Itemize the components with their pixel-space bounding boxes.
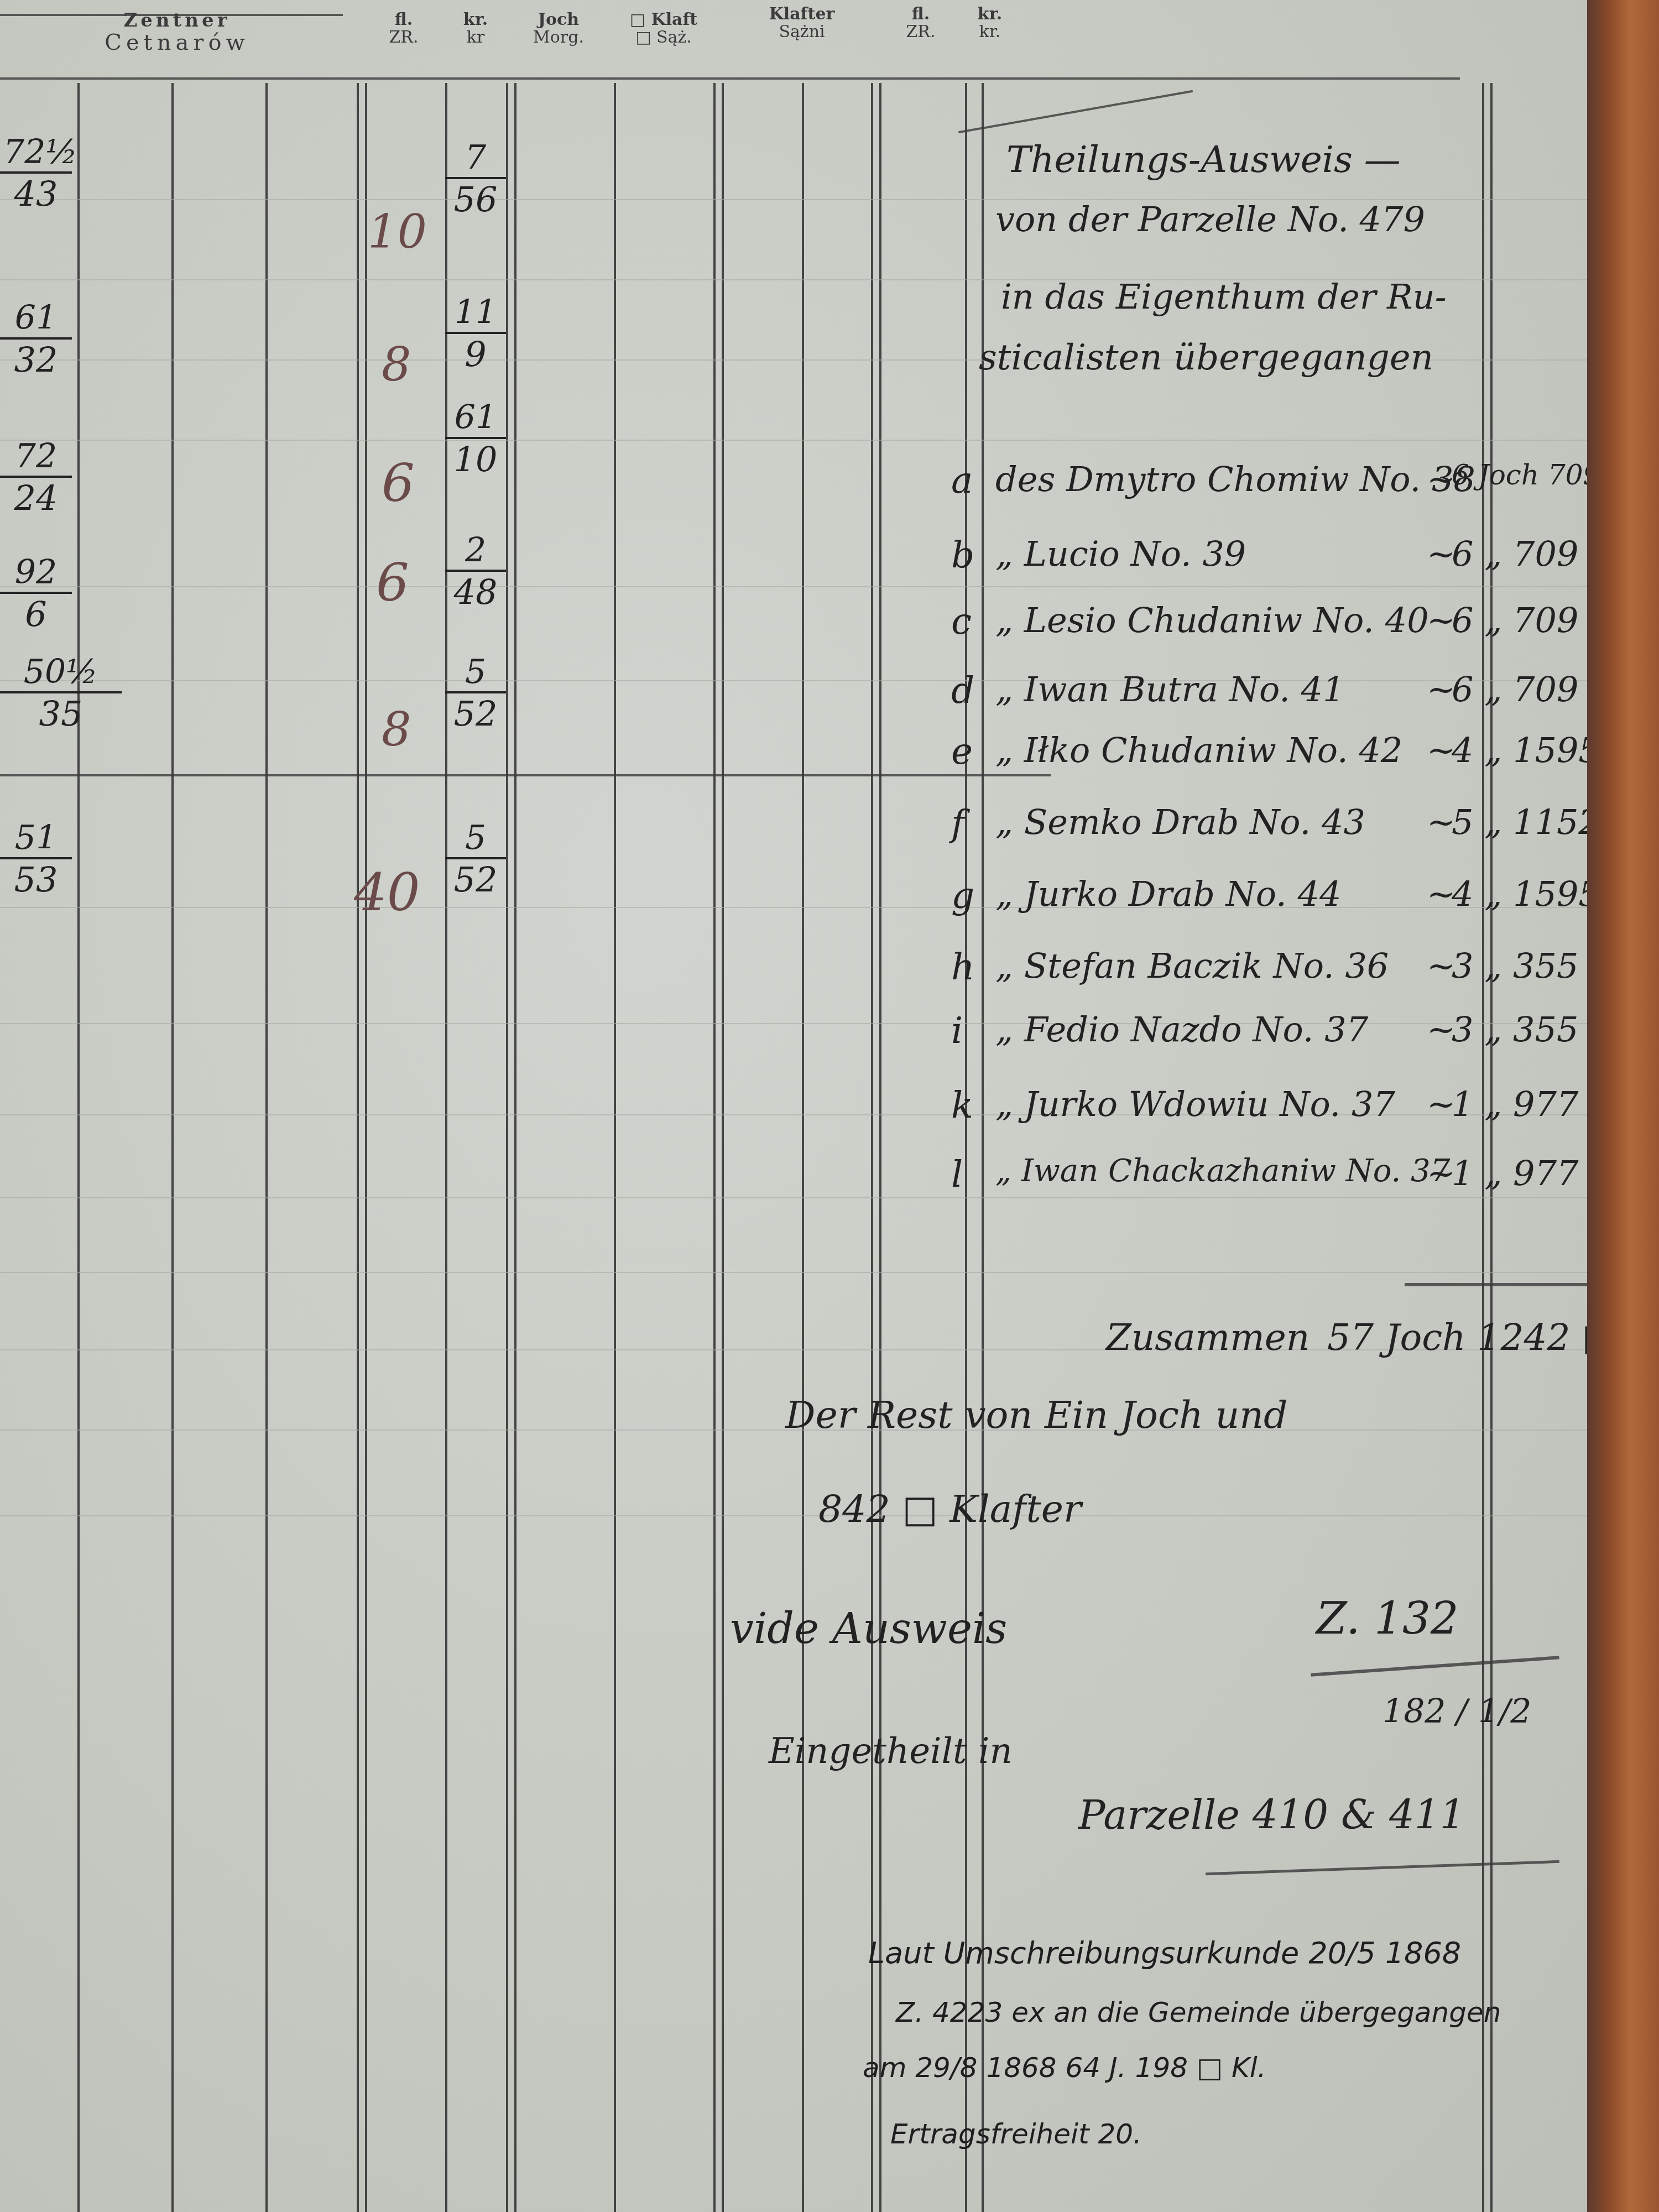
list-item: c „ Lesio Chudaniw No. 40 ~ 6 „ 709 „ [951, 594, 1593, 655]
entry-amount: 6 „ 709 „ [1452, 600, 1607, 640]
column-rule [171, 83, 174, 2212]
left-value-1: 72½ 43 [0, 133, 72, 214]
sum-underline [1405, 1283, 1593, 1286]
column-rule [265, 83, 268, 2212]
fl-value-2: 8 [382, 337, 411, 392]
column-rule [879, 83, 881, 2212]
entry-letter: i [951, 1009, 963, 1052]
left-value-2: 61 32 [0, 299, 72, 380]
heading-flourish [958, 90, 1193, 134]
list-item: e „ Iłko Chudaniw No. 42 ~ 4 „ 1595 „ [951, 724, 1593, 785]
entry-name: „ Stefan Baczik No. 36 [995, 946, 1389, 986]
entry-name: „ Iwan Chackazhaniw No. 37 [995, 1153, 1450, 1189]
entry-letter: h [951, 946, 975, 988]
kr-value-3: 61 10 [445, 398, 506, 479]
section-rule [0, 774, 1051, 776]
entry-letter: f [951, 802, 964, 844]
entry-name: „ Iwan Butra No. 41 [995, 669, 1345, 709]
entry-amount: 1 „ 977 „ [1452, 1084, 1607, 1124]
column-rule [77, 83, 80, 2212]
note-line-4: Ertragsfreiheit 20. [890, 2118, 1142, 2150]
column-rule [365, 83, 367, 2212]
entry-name: „ Iłko Chudaniw No. 42 [995, 730, 1402, 770]
wooden-table-background [1587, 0, 1659, 2212]
column-rule [871, 83, 873, 2212]
header-joch: Joch Morg. [512, 11, 606, 46]
ref-label: vide Ausweis [730, 1604, 1007, 1653]
header-kr-2: kr. kr. [962, 6, 1018, 40]
header-kr: kr. kr [448, 11, 503, 46]
fl-value-3: 6 [382, 453, 415, 514]
ledger-page: Zentner Cetnarów fl. ZR. kr. kr Joch Mor… [0, 0, 1606, 2212]
note-line-3: am 29/8 1868 64 J. 198 □ Kl. [863, 2052, 1266, 2084]
left-value-6: 51 53 [0, 818, 72, 900]
entry-amount: 6 „ 709 „ [1452, 669, 1607, 709]
entry-amount: 3 „ 355 „ [1452, 1009, 1607, 1050]
ruled-line [0, 1515, 1593, 1516]
header-fl-zr-2: fl. ZR. [885, 6, 957, 40]
header-klafter: Klafter Sążni [724, 6, 879, 40]
column-rule [506, 83, 508, 2212]
entry-letter: g [951, 874, 974, 916]
header-bottom-rule [0, 77, 1460, 80]
ruled-line [0, 440, 1593, 441]
kr-value-1: 7 56 [445, 138, 506, 220]
sum-label: Zusammen [1106, 1316, 1310, 1359]
entry-letter: d [951, 669, 974, 712]
fl-value-1: 10 [368, 205, 427, 259]
column-rule [802, 83, 804, 2212]
column-rule [357, 83, 359, 2212]
list-item: f „ Semko Drab No. 43 ~ 5 „ 1152 „ [951, 796, 1593, 857]
kr-value-2: 11 9 [445, 293, 506, 374]
ruled-line [0, 1272, 1593, 1273]
column-rule [614, 83, 616, 2212]
note-line-1: Laut Umschreibungsurkunde 20/5 1868 [868, 1936, 1461, 1970]
list-item: i „ Fedio Nazdo No. 37 ~ 3 „ 355 „ [951, 1004, 1593, 1065]
list-item: a des Dmytro Chomiw No. 38 ~ 6 Joch 709 … [951, 453, 1593, 514]
fl-value-5: 8 [382, 702, 411, 757]
parcel-underline [1206, 1860, 1559, 1875]
entry-letter: e [951, 730, 973, 773]
remarks-heading-3: in das Eigenthum der Ru- [1001, 276, 1447, 317]
entry-amount: 6 „ 709 „ [1452, 534, 1607, 574]
header-sq-klafter: □ Klaft □ Sąż. [611, 11, 716, 46]
entry-amount: 1 „ 977 „ [1452, 1153, 1607, 1193]
list-item: k „ Jurko Wdowiu No. 37 ~ 1 „ 977 „ [951, 1078, 1593, 1139]
entry-name: „ Lucio No. 39 [995, 534, 1246, 574]
column-rule [514, 83, 517, 2212]
ref-fraction: 182 / 1/2 [1383, 1692, 1531, 1731]
remainder-line-2: 842 □ Klafter [818, 1488, 1082, 1531]
column-rule [713, 83, 716, 2212]
parcel-label: Eingetheilt in [769, 1731, 1013, 1772]
entry-letter: a [951, 459, 973, 502]
fl-total: 40 [354, 863, 420, 923]
column-header-row: Zentner Cetnarów fl. ZR. kr. kr Joch Mor… [0, 0, 1593, 83]
entry-name: „ Jurko Drab No. 44 [995, 874, 1341, 914]
fl-value-4: 6 [376, 553, 409, 613]
entry-letter: c [951, 600, 972, 643]
ref-value: Z. 132 [1316, 1593, 1459, 1644]
entry-name: „ Lesio Chudaniw No. 40 [995, 600, 1429, 640]
entry-name: „ Jurko Wdowiu No. 37 [995, 1084, 1395, 1124]
list-item: b „ Lucio No. 39 ~ 6 „ 709 „ [951, 528, 1593, 589]
left-value-3: 72 24 [0, 437, 72, 518]
kr-value-4: 2 48 [445, 531, 506, 612]
entry-name: „ Semko Drab No. 43 [995, 802, 1365, 842]
note-line-2: Z. 4223 ex an die Gemeinde übergegangen [896, 1996, 1501, 2028]
entry-letter: b [951, 534, 974, 576]
ref-underline [1311, 1656, 1559, 1676]
list-item: l „ Iwan Chackazhaniw No. 37 ~ 1 „ 977 „ [951, 1147, 1593, 1208]
list-item: g „ Jurko Drab No. 44 ~ 4 „ 1595 „ [951, 868, 1593, 929]
entry-letter: k [951, 1084, 973, 1126]
list-item: d „ Iwan Butra No. 41 ~ 6 „ 709 „ [951, 664, 1593, 724]
header-fl-zr: fl. ZR. [365, 11, 442, 46]
remarks-heading-1: Theilungs-Ausweis — [1006, 138, 1401, 181]
entry-amount: 3 „ 355 „ [1452, 946, 1607, 986]
left-value-4: 92 6 [0, 553, 72, 634]
parcel-value: Parzelle 410 & 411 [1078, 1792, 1465, 1838]
left-value-5: 50½ 35 [0, 653, 122, 734]
remarks-heading-4: sticalisten übergegangen [979, 337, 1433, 378]
header-zentner: Zentner Cetnarów [11, 11, 343, 54]
kr-value-5: 5 52 [445, 653, 506, 734]
remainder-line-1: Der Rest von Ein Joch und [785, 1394, 1288, 1437]
entry-name: „ Fedio Nazdo No. 37 [995, 1009, 1368, 1050]
entry-letter: l [951, 1153, 963, 1196]
kr-total: 5 52 [445, 818, 506, 900]
list-item: h „ Stefan Baczik No. 36 ~ 3 „ 355 „ [951, 940, 1593, 1001]
column-rule [722, 83, 724, 2212]
entry-name: des Dmytro Chomiw No. 38 [995, 459, 1475, 499]
remarks-heading-2: von der Parzelle No. 479 [995, 199, 1425, 239]
